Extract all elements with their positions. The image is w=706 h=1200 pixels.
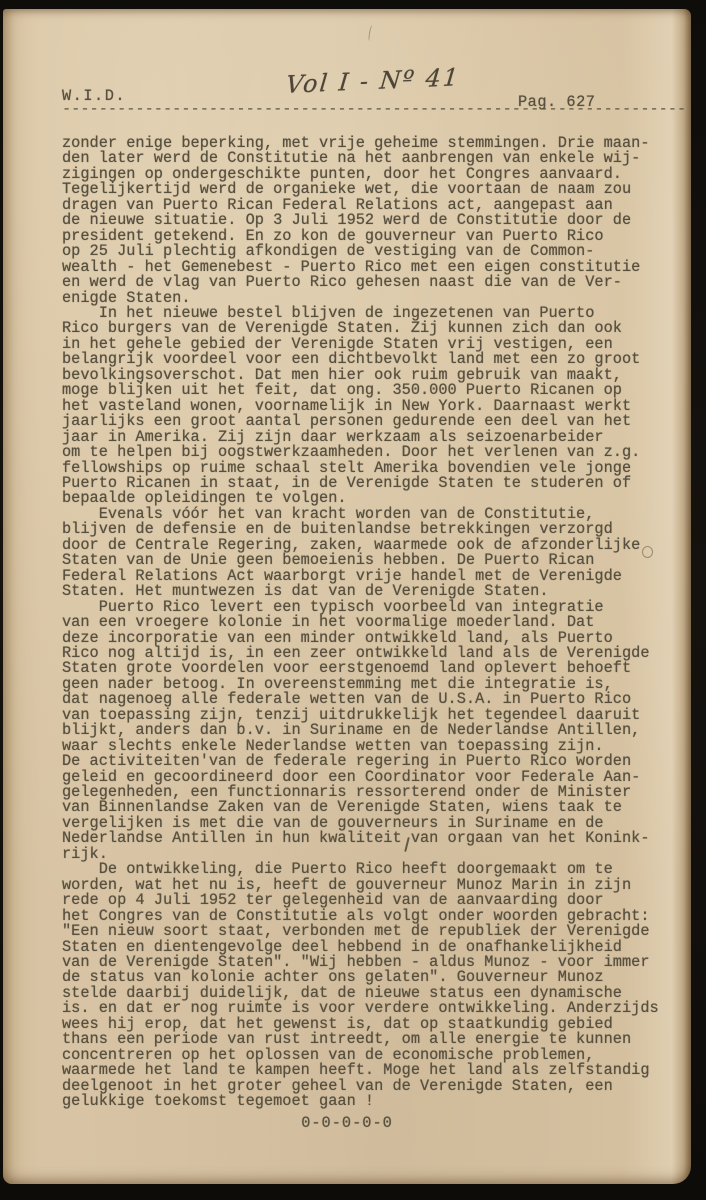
section-divider: 0-0-0-0-0 — [3, 1114, 691, 1132]
paper-sheet: W.I.D. ---------------------------------… — [3, 9, 691, 1184]
page-number-label: Pag. 627 — [518, 93, 595, 111]
scan-background: W.I.D. ---------------------------------… — [0, 0, 706, 1200]
document-body-text: zonder enige beperking, met vrije geheim… — [62, 136, 659, 1110]
stray-ring-mark — [642, 546, 653, 558]
handwritten-volume-note: Vol I - Nº 41 — [285, 63, 462, 99]
pen-mark — [368, 25, 374, 41]
